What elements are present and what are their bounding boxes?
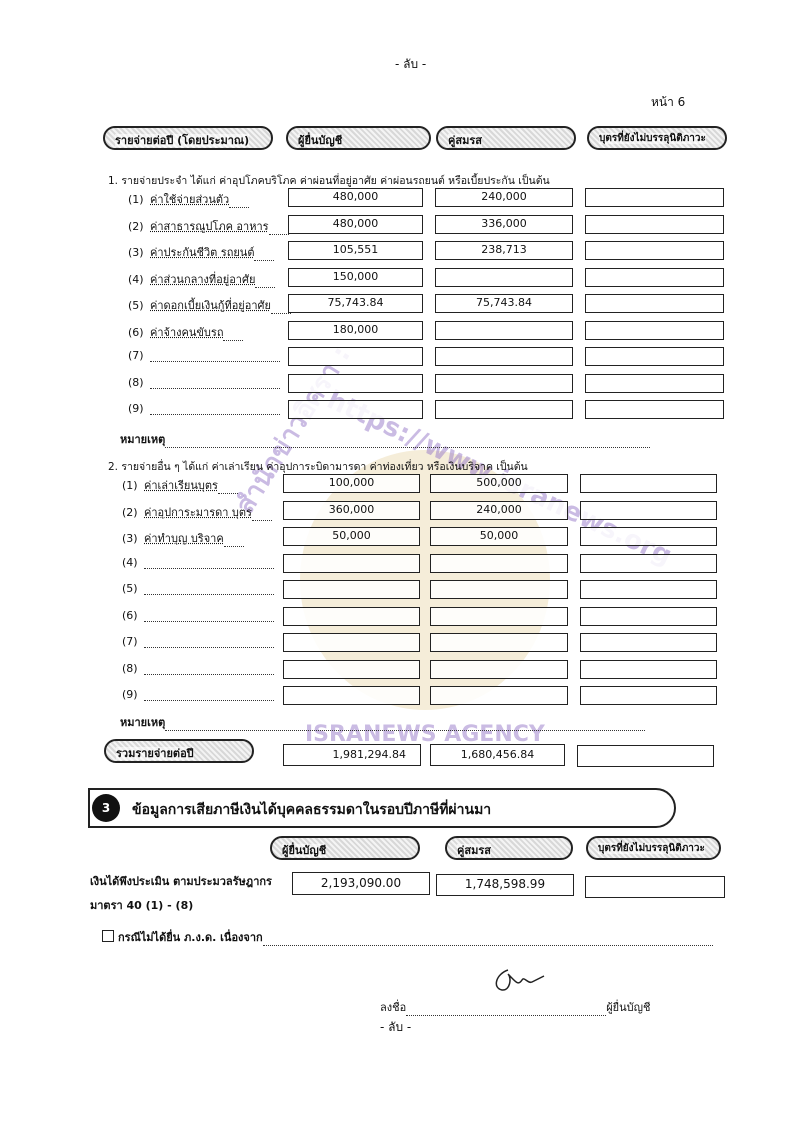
s3-spouse-income: 1,748,598.99 <box>436 874 574 896</box>
section1-cell-child <box>585 215 724 234</box>
section1-cell-filer: 180,000 <box>288 321 423 340</box>
income-label-line2: มาตรา 40 (1) - (8) <box>90 896 193 914</box>
section1-cell-filer: 150,000 <box>288 268 423 287</box>
row-text: ค่าจ้างคนขับรถ <box>150 326 223 339</box>
section2-cell-child <box>580 580 717 599</box>
section2-cell-spouse: 240,000 <box>430 501 568 520</box>
section2-row-label: (3)ค่าทำบุญ บริจาค <box>122 529 244 547</box>
signature-scribble-icon <box>488 960 548 994</box>
not-filed-checkbox[interactable] <box>102 930 114 942</box>
total-spouse: 1,680,456.84 <box>430 744 565 766</box>
row-number: (6) <box>122 609 144 622</box>
section1-cell-spouse <box>435 400 573 419</box>
section2-row-label: (9) <box>122 688 274 701</box>
header-expenses-per-year: รายจ่ายต่อปี (โดยประมาณ) <box>103 126 273 150</box>
header-minor-child: บุตรที่ยังไม่บรรลุนิติภาวะ <box>587 126 727 150</box>
section2-cell-child <box>580 686 717 705</box>
section2-cell-filer: 100,000 <box>283 474 420 493</box>
section2-cell-spouse <box>430 580 568 599</box>
section1-cell-child <box>585 268 724 287</box>
section1-row-label: (1)ค่าใช้จ่ายส่วนตัว <box>128 190 249 208</box>
section1-row-label: (3)ค่าประกันชีวิต รถยนต์ <box>128 243 274 261</box>
section2-cell-spouse <box>430 660 568 679</box>
section2-cell-spouse: 500,000 <box>430 474 568 493</box>
row-text: ค่าส่วนกลางที่อยู่อาศัย <box>150 273 255 286</box>
section2-cell-spouse <box>430 633 568 652</box>
section1-cell-filer <box>288 400 423 419</box>
row-number: (6) <box>128 326 150 339</box>
section2-cell-filer: 360,000 <box>283 501 420 520</box>
section2-cell-filer: 50,000 <box>283 527 420 546</box>
total-child <box>577 745 714 767</box>
section1-cell-spouse <box>435 347 573 366</box>
section2-cell-filer <box>283 580 420 599</box>
classification-footer: - ลับ - <box>380 1018 411 1037</box>
section2-row-label: (2)ค่าอุปการะมารดา บุตร <box>122 503 272 521</box>
section2-row-label: (7) <box>122 635 274 648</box>
section1-cell-filer: 480,000 <box>288 188 423 207</box>
not-filed-row: กรณีไม่ได้ยื่น ภ.ง.ด. เนื่องจาก <box>102 928 713 946</box>
section1-cell-child <box>585 321 724 340</box>
section2-cell-child <box>580 554 717 573</box>
section1-cell-filer <box>288 374 423 393</box>
section1-cell-spouse: 336,000 <box>435 215 573 234</box>
row-number: (5) <box>122 582 144 595</box>
section1-cell-spouse <box>435 321 573 340</box>
section1-cell-child <box>585 347 724 366</box>
signature-line: ลงชื่อผู้ยื่นบัญชี <box>380 998 650 1016</box>
section1-row-label: (8) <box>128 376 280 389</box>
row-text: ค่าทำบุญ บริจาค <box>144 532 224 545</box>
row-number: (9) <box>122 688 144 701</box>
section1-row-label: (4)ค่าส่วนกลางที่อยู่อาศัย <box>128 270 275 288</box>
total-label: รวมรายจ่ายต่อปี <box>104 739 254 763</box>
row-text: ค่าอุปการะมารดา บุตร <box>144 506 252 519</box>
section2-cell-spouse <box>430 607 568 626</box>
section2-row-label: (6) <box>122 609 274 622</box>
section1-cell-spouse: 75,743.84 <box>435 294 573 313</box>
row-number: (4) <box>128 273 150 286</box>
section2-cell-spouse: 50,000 <box>430 527 568 546</box>
section1-cell-spouse: 240,000 <box>435 188 573 207</box>
section1-cell-filer: 105,551 <box>288 241 423 260</box>
section2-cell-filer <box>283 554 420 573</box>
section2-cell-spouse <box>430 686 568 705</box>
section1-cell-child <box>585 400 724 419</box>
section2-cell-child <box>580 527 717 546</box>
section2-cell-filer <box>283 660 420 679</box>
section2-cell-filer <box>283 686 420 705</box>
section3-title: ข้อมูลการเสียภาษีเงินได้บุคคลธรรมดาในรอบ… <box>132 799 491 821</box>
section1-cell-spouse: 238,713 <box>435 241 573 260</box>
section2-cell-filer <box>283 607 420 626</box>
row-number: (1) <box>122 479 144 492</box>
section2-cell-spouse <box>430 554 568 573</box>
section2-row-label: (8) <box>122 662 274 675</box>
row-number: (1) <box>128 193 150 206</box>
classification-header: - ลับ - <box>395 55 426 74</box>
section1-row-label: (7) <box>128 349 280 362</box>
header-filer: ผู้ยื่นบัญชี <box>286 126 431 150</box>
total-filer: 1,981,294.84 <box>283 744 421 766</box>
section2-cell-child <box>580 474 717 493</box>
section1-cell-child <box>585 188 724 207</box>
row-number: (3) <box>122 532 144 545</box>
header-spouse: คู่สมรส <box>436 126 576 150</box>
row-number: (7) <box>128 349 150 362</box>
s3-child-income <box>585 876 725 898</box>
section2-cell-child <box>580 660 717 679</box>
section1-cell-spouse <box>435 268 573 287</box>
section1-row-label: (2)ค่าสาธารณูปโภค อาหาร <box>128 217 289 235</box>
row-number: (3) <box>128 246 150 259</box>
section2-cell-child <box>580 501 717 520</box>
section2-row-label: (1)ค่าเล่าเรียนบุตร <box>122 476 238 494</box>
section2-row-label: (4) <box>122 556 274 569</box>
section1-cell-filer: 75,743.84 <box>288 294 423 313</box>
row-number: (8) <box>128 376 150 389</box>
row-text: ค่าประกันชีวิต รถยนต์ <box>150 246 254 259</box>
s3-header-minor-child: บุตรที่ยังไม่บรรลุนิติภาวะ <box>586 836 721 860</box>
income-label-line1: เงินได้พึงประเมิน ตามประมวลรัษฎากร <box>90 872 272 890</box>
section1-cell-filer: 480,000 <box>288 215 423 234</box>
row-text: ค่าสาธารณูปโภค อาหาร <box>150 220 269 233</box>
s3-filer-income: 2,193,090.00 <box>292 872 430 895</box>
section1-cell-filer <box>288 347 423 366</box>
section1-cell-child <box>585 294 724 313</box>
page-number: หน้า 6 <box>651 93 685 112</box>
section2-cell-child <box>580 607 717 626</box>
row-number: (7) <box>122 635 144 648</box>
section2-cell-child <box>580 633 717 652</box>
section1-cell-child <box>585 374 724 393</box>
row-text: ค่าใช้จ่ายส่วนตัว <box>150 193 229 206</box>
s3-header-spouse: คู่สมรส <box>445 836 573 860</box>
section1-row-label: (6)ค่าจ้างคนขับรถ <box>128 323 243 341</box>
row-text: ค่าดอกเบี้ยเงินกู้ที่อยู่อาศัย <box>150 299 271 312</box>
section1-title: 1. รายจ่ายประจำ ได้แก่ ค่าอุปโภคบริโภค ค… <box>108 172 550 189</box>
row-number: (8) <box>122 662 144 675</box>
row-number: (2) <box>122 506 144 519</box>
row-number: (2) <box>128 220 150 233</box>
section2-row-label: (5) <box>122 582 274 595</box>
row-number: (4) <box>122 556 144 569</box>
row-number: (5) <box>128 299 150 312</box>
section1-note: หมายเหตุ <box>120 430 650 448</box>
section1-row-label: (5)ค่าดอกเบี้ยเงินกู้ที่อยู่อาศัย <box>128 296 291 314</box>
section2-cell-filer <box>283 633 420 652</box>
section2-note: หมายเหตุ <box>120 713 645 731</box>
section1-cell-child <box>585 241 724 260</box>
section1-row-label: (9) <box>128 402 280 415</box>
s3-header-filer: ผู้ยื่นบัญชี <box>270 836 420 860</box>
section3-number: 3 <box>92 794 120 822</box>
section1-cell-spouse <box>435 374 573 393</box>
row-number: (9) <box>128 402 150 415</box>
section2-title: 2. รายจ่ายอื่น ๆ ได้แก่ ค่าเล่าเรียน ค่า… <box>108 458 528 475</box>
row-text: ค่าเล่าเรียนบุตร <box>144 479 218 492</box>
